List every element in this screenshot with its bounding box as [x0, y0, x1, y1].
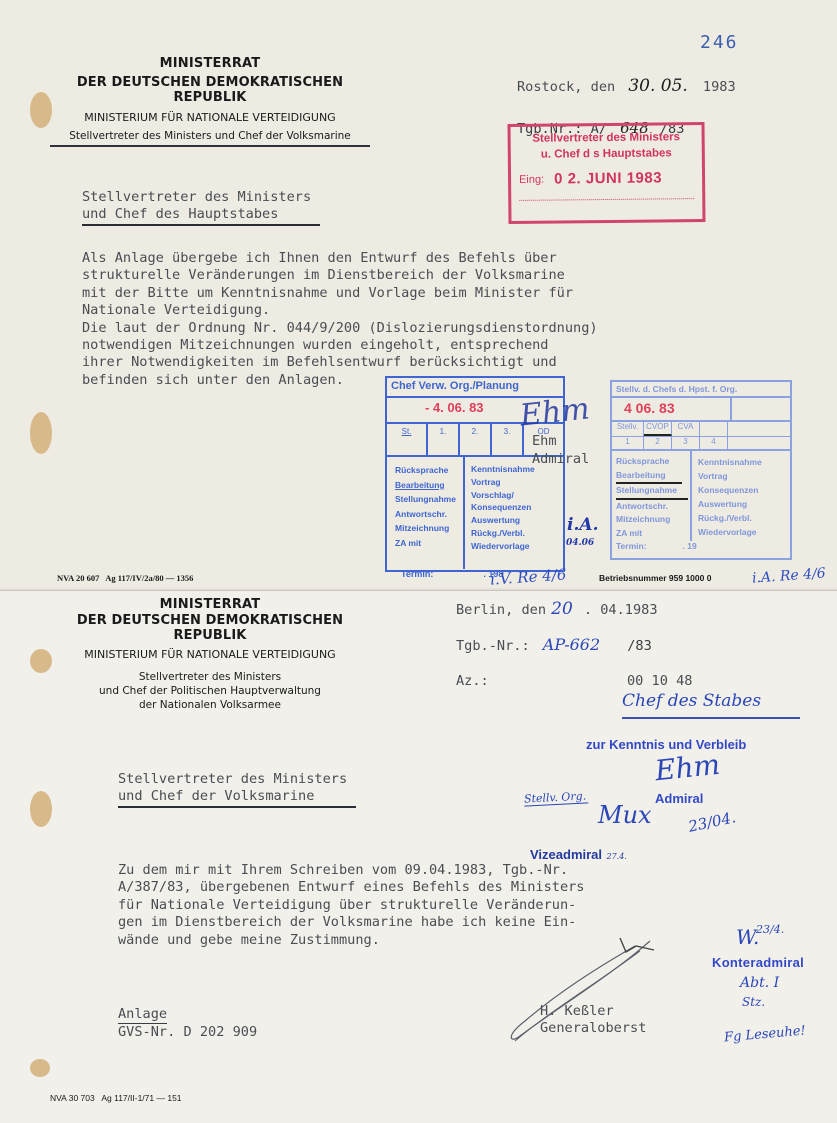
routing-item: Vortrag [698, 469, 790, 483]
received-stamp-date: 0 2. JUNI 1983 [554, 169, 662, 187]
routing-col: St. [387, 424, 428, 455]
routing-empty-cell [728, 437, 790, 449]
letterhead: MINISTERRAT DER DEUTSCHEN DEMOKRATISCHEN… [50, 56, 370, 147]
handwritten-ia-date: 04.06 [566, 538, 594, 548]
konteradmiral-note-lesen: Fg Leseuhe! [724, 1023, 807, 1045]
routing-col: 2 [644, 437, 672, 449]
routing-col: 1 [612, 437, 644, 449]
routing-item: Vorschlag/ [471, 489, 563, 502]
routing-col: 2. [460, 424, 492, 455]
routing-item: Auswertung [698, 497, 790, 511]
routing-item: Wiedervorlage [471, 540, 563, 553]
routing-item: Antwortschr. [616, 500, 690, 514]
letterhead-line1: MINISTERRAT [50, 56, 370, 71]
letterhead-line2: DER DEUTSCHEN DEMOKRATISCHEN REPUBLIK [50, 613, 370, 643]
handwritten-iv-note: i.V. Re 4/6 [489, 565, 566, 588]
routing-stamp-date: 4 06. 83 [612, 398, 732, 420]
routing-item: Rücksprache [616, 455, 690, 469]
routing-item-bearbeitung: Bearbeitung [616, 469, 682, 485]
punch-hole [30, 92, 52, 128]
body-line: notwendigen Mitzeichnungen wurden eingeh… [82, 337, 598, 354]
recipient-block: Stellvertreter des Ministers und Chef de… [82, 189, 320, 226]
body-line: gen im Dienstbereich der Volksmarine hab… [118, 914, 585, 931]
punch-hole [30, 649, 52, 673]
handwritten-stellv-org: Stellv. Org. [524, 789, 589, 806]
routing-left-items: Rücksprache Bearbeitung Stellungnahme An… [612, 451, 692, 541]
letterhead-line3: MINISTERIUM FÜR NATIONALE VERTEIDIGUNG [50, 111, 370, 124]
signature-block: H. Keßler Generaloberst [540, 1003, 646, 1038]
handwritten-ia-note-right: i.A. Re 4/6 [752, 565, 827, 586]
routing-termin: Termin: . 19 [612, 541, 790, 551]
routing-item: Rückg./Verbl. [471, 527, 563, 540]
routing-col: 3. [492, 424, 524, 455]
az-label: Az.: [456, 673, 489, 690]
letterhead-line5: und Chef der Politischen Hauptverwaltung [50, 685, 370, 697]
handwritten-routing-chef-des-stabes: Chef des Stabes [622, 691, 800, 719]
enclosure-label: Anlage [118, 1006, 167, 1024]
stamp-konteradmiral: Konteradmiral [712, 955, 804, 970]
received-stamp-line1: Stellvertreter des Ministers [519, 131, 694, 145]
recipient-block: Stellvertreter des Ministers und Chef de… [118, 771, 356, 808]
routing-col-cvop: CVOP [644, 422, 672, 436]
letterhead-line6: der Nationalen Volksarmee [50, 699, 370, 711]
konteradmiral-note-abt: Abt. I [740, 975, 779, 991]
body-line: Nationale Verteidigung. [82, 302, 598, 319]
stamp-vizeadmiral-text: Vizeadmiral [530, 847, 602, 862]
termin-label: Termin: [401, 569, 433, 579]
body-line: Zu dem mir mit Ihrem Schreiben vom 09.04… [118, 862, 585, 879]
body-line: mit der Bitte um Kenntnisnahme und Vorla… [82, 285, 598, 302]
received-stamp-label: Eing: [519, 173, 544, 185]
routing-item: ZA mit [395, 536, 463, 551]
routing-item: Auswertung [471, 514, 563, 527]
letterhead-line3: MINISTERIUM FÜR NATIONALE VERTEIDIGUNG [50, 648, 370, 661]
handwritten-date-right: 23/04. [687, 808, 738, 836]
routing-item: Rücksprache [395, 463, 463, 478]
place-date-year: 1983 [703, 79, 736, 95]
routing-col: 4 [700, 437, 728, 449]
signature-name: H. Keßler [540, 1003, 646, 1020]
vizeadmiral-date: 27.4. [606, 852, 626, 861]
routing-stamp-stellv-org: Stellv. d. Chefs d. Hpst. f. Org. 4 06. … [610, 380, 792, 560]
routing-item: Wiedervorlage [698, 525, 790, 539]
place-date-prefix: Rostock, den [517, 79, 615, 95]
routing-item: ZA mit [616, 527, 690, 541]
letterhead-line4: Stellvertreter des Ministers [50, 671, 370, 683]
handwritten-day: 20 [551, 599, 573, 619]
reference-suffix: /83 [627, 638, 652, 654]
routing-empty-cell [732, 398, 790, 420]
routing-stamp-items: Rücksprache Bearbeitung Stellungnahme An… [387, 457, 563, 569]
recipient-line1: Stellvertreter des Ministers [82, 189, 320, 206]
form-number-bottom: NVA 30 703 Ag 117/II-1/71 — 151 [50, 1093, 182, 1103]
body-line: ihrer Notwendigkeiten im Befehlsentwurf … [82, 354, 598, 371]
routing-item: Konsequenzen [471, 501, 563, 514]
routing-col: 1. [428, 424, 460, 455]
termin-value: . 19 [683, 541, 697, 551]
place-date-prefix: Berlin, den [456, 602, 546, 618]
routing-stamp-title: Stellv. d. Chefs d. Hpst. f. Org. [612, 382, 790, 398]
routing-stamp-items: Rücksprache Bearbeitung Stellungnahme An… [612, 451, 790, 541]
folio-number: 246 [700, 34, 739, 51]
konteradmiral-initial: W. [736, 925, 759, 949]
reference-prefix: Tgb.-Nr.: [456, 638, 530, 654]
received-stamp-date-row: Eing: 0 2. JUNI 1983 [519, 169, 694, 188]
routing-col [700, 422, 728, 436]
routing-right-items: Kenntnisnahme Vortrag Konsequenzen Auswe… [692, 451, 790, 541]
body-line: strukturelle Veränderungen im Dienstbere… [82, 267, 598, 284]
received-stamp: Stellvertreter des Ministers u. Chef d s… [507, 122, 705, 224]
routing-left-items: Rücksprache Bearbeitung Stellungnahme An… [387, 457, 465, 569]
routing-columns-top: Stellv. CVOP CVA [612, 422, 790, 437]
handwritten-date: 30. 05. [628, 76, 687, 96]
handwritten-signature-vizeadmiral: Mux [598, 801, 652, 829]
place-date-rest: . 04.1983 [584, 602, 658, 618]
termin-label: Termin: [616, 541, 647, 551]
routing-item: Mitzeichnung [395, 521, 463, 536]
enclosure-value: GVS-Nr. D 202 909 [118, 1024, 257, 1041]
routing-stamp-title: Chef Verw. Org./Planung [387, 378, 563, 398]
routing-item: Rückg./Verbl. [698, 511, 790, 525]
routing-item: Mitzeichnung [616, 513, 690, 527]
betriebsnummer: Betriebsnummer 959 1000 0 [599, 573, 711, 583]
signature-name: Ehm [532, 433, 557, 450]
letterhead-line1: MINISTERRAT [50, 597, 370, 612]
received-stamp-dotted-line [519, 198, 694, 201]
handwritten-ia-note: i.A. [567, 515, 599, 535]
letterhead-rule [50, 145, 370, 147]
punch-hole [30, 412, 52, 454]
routing-date-row: 4 06. 83 [612, 398, 790, 422]
signature-rank: Generaloberst [540, 1020, 646, 1037]
routing-item: Stellungnahme [395, 492, 463, 507]
routing-col: CVA [672, 422, 700, 436]
konteradmiral-note-stz: Stz. [742, 995, 765, 1009]
enclosure-block: Anlage GVS-Nr. D 202 909 [118, 1003, 257, 1042]
place-date: Berlin, den 20 . 04.1983 [456, 599, 756, 619]
routing-item: Antwortschr. [395, 507, 463, 522]
body-line: A/387/83, übergebenen Entwurf eines Befe… [118, 879, 585, 896]
stamp-zur-kenntnis: zur Kenntnis und Verbleib [586, 737, 746, 752]
place-date: Rostock, den 30. 05. 1983 [517, 76, 817, 96]
letter-page-top: 246 MINISTERRAT DER DEUTSCHEN DEMOKRATIS… [0, 0, 837, 590]
routing-item: Vortrag [471, 476, 563, 489]
reference-number: Tgb.-Nr.: AP-662 /83 [456, 635, 756, 655]
routing-empty-cell [728, 422, 790, 436]
handwritten-signature-ehm: Ehm [518, 391, 591, 433]
handwritten-signature-admiral: Ehm [653, 748, 721, 788]
recipient-line2: und Chef der Volksmarine [118, 788, 356, 807]
body-line: für Nationale Verteidigung über struktur… [118, 897, 585, 914]
letterhead-line2: DER DEUTSCHEN DEMOKRATISCHEN REPUBLIK [50, 75, 370, 105]
az-value: 00 10 48 [627, 673, 692, 690]
stamp-admiral: Admiral [655, 791, 703, 806]
routing-right-items: Kenntnisnahme Vortrag Vorschlag/ Konsequ… [465, 457, 563, 569]
handwritten-reference: AP-662 [543, 635, 600, 654]
routing-col: Stellv. [612, 422, 644, 436]
routing-item-bearbeitung: Bearbeitung [395, 478, 463, 493]
punch-hole [30, 1059, 50, 1077]
received-stamp-line2: u. Chef d s Hauptstabes [519, 147, 694, 161]
routing-columns-bottom: 1 2 3 4 [612, 437, 790, 451]
routing-item: Kenntnisnahme [698, 455, 790, 469]
recipient-line1: Stellvertreter des Ministers [118, 771, 356, 788]
letterhead: MINISTERRAT DER DEUTSCHEN DEMOKRATISCHEN… [50, 597, 370, 711]
body-line: Die laut der Ordnung Nr. 044/9/200 (Disl… [82, 320, 598, 337]
routing-item-stellungnahme: Stellungnahme [616, 484, 688, 500]
body-line: Als Anlage übergebe ich Ihnen den Entwur… [82, 250, 598, 267]
signature-rank: Admiral [532, 451, 589, 468]
routing-col: 3 [672, 437, 700, 449]
punch-hole [30, 791, 52, 827]
letterhead-line4: Stellvertreter des Ministers und Chef de… [50, 130, 370, 142]
recipient-line2: und Chef des Hauptstabes [82, 206, 320, 225]
letter-body: Als Anlage übergebe ich Ihnen den Entwur… [82, 250, 598, 389]
form-number-top: NVA 20 607 Ag 117/IV/2a/80 — 1356 [57, 573, 193, 583]
routing-item: Konsequenzen [698, 483, 790, 497]
letter-page-bottom: MINISTERRAT DER DEUTSCHEN DEMOKRATISCHEN… [0, 590, 837, 1123]
konteradmiral-handwritten-date: 23/4. [756, 923, 784, 936]
